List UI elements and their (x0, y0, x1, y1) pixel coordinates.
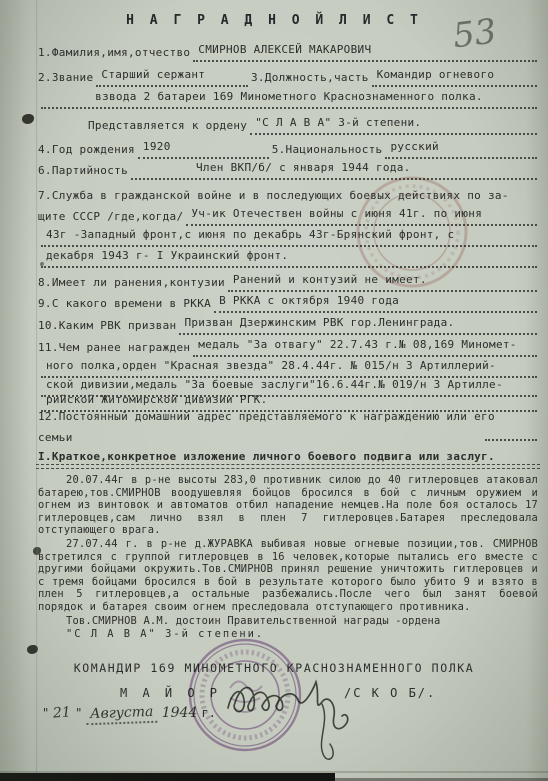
field-11-row1: 11.Чем ранее награжден медаль "За отвагу… (38, 341, 540, 357)
field-row-party: 6.Партийность Член ВКП/б/ с января 1944 … (38, 164, 540, 180)
field-10-value: Призван Дзержинским РВК гор.Ленинграда. (184, 316, 454, 330)
field-11-label: 11.Чем ранее награжден (38, 341, 190, 355)
citation-conclusion-line2: "С Л А В А" 3-й степени. (38, 628, 538, 641)
field-6-label: 6.Партийность (38, 164, 128, 178)
field-7-value-line2: 43г -Западный фронт,с июня по декабрь 43… (46, 228, 454, 242)
field-11-row2: ного полка,орден "Красная звезда" 28.4.4… (38, 362, 540, 378)
field-2-value: Старший сержант (101, 68, 205, 82)
citation-paragraph-1: 20.07.44г в р-не высоты 283,0 противник … (38, 474, 538, 537)
section-divider-rule (36, 464, 540, 469)
field-11-value-line2: ного полка,орден "Красная звезда" 28.4.4… (46, 359, 496, 373)
field-3-value-2: взвода 2 батареи 169 Минометного Красноз… (95, 90, 483, 104)
field-row-birth-nationality: 4.Год рождения 1920 5.Национальность рус… (38, 143, 540, 159)
field-12-dotted-end (485, 439, 537, 441)
citation-paragraph-2: 27.07.44 г. в р-не д.ЖУРАВКА выбивая нов… (38, 538, 538, 614)
field-5-dotted-line: русский (385, 143, 537, 159)
field-2-label: 2.Звание (38, 71, 93, 85)
field-7-value-line3: декабря 1943 г- I Украинский фронт. (46, 249, 288, 263)
field-7-dotted-line-3: декабря 1943 г- I Украинский фронт. (41, 252, 537, 268)
date-year-suffix: г. (201, 706, 215, 720)
presented-dotted-line: "С Л А В А" 3-й степени. (250, 119, 537, 135)
field-9-value: В РККА с октября 1940 года (219, 294, 399, 308)
citation-body: 20.07.44г в р-не высоты 283,0 противник … (38, 474, 538, 642)
field-5-value: русский (390, 140, 438, 154)
field-row-position-cont: взвода 2 батареи 169 Минометного Красноз… (38, 93, 540, 109)
field-1-dotted-line: СМИРНОВ АЛЕКСЕЙ МАКАРОВИЧ (193, 46, 537, 62)
field-3-label: 3.Должность,часть (251, 71, 369, 85)
field-3-dotted-line: Командир огневого (372, 71, 537, 87)
date-year: 1944 (162, 705, 198, 721)
field-7-dotted-line-2: 43г -Западный фронт,с июня по декабрь 43… (41, 231, 537, 247)
commander-title-line: КОМАНДИР 169 МИНОМЕТНОГО КРАСНОЗНАМЕННОГ… (0, 661, 548, 675)
field-row-rank-position: 2.Звание Старший сержант 3.Должность,час… (38, 71, 540, 87)
section-1-heading-row: I.Краткое,конкретное изложение личного б… (38, 450, 540, 464)
field-12-row1: 12.Постоянный домашний адрес представляе… (38, 410, 540, 424)
field-row-rvk: 10.Каким РВК призван Призван Дзержинским… (38, 319, 540, 335)
field-8-value: Ранений и контузий не имеет. (233, 273, 427, 287)
date-quote-close: " (75, 706, 82, 720)
field-10-label: 10.Каким РВК призван (38, 319, 176, 333)
field-5-label: 5.Национальность (272, 143, 383, 157)
field-10-dotted-line: Призван Дзержинским РВК гор.Ленинграда. (179, 319, 537, 335)
field-row-rkka: 9.С какого времени в РККА В РККА с октяб… (38, 297, 540, 313)
citation-conclusion-line1: Тов.СМИРНОВ А.М. достоин Правительственн… (38, 615, 538, 628)
field-11-value-line3: ской дивизии,медаль "За боевые заслуги"1… (46, 378, 503, 392)
field-7-label-line1: 7.Служба в гражданской войне и в последу… (38, 189, 509, 203)
field-7-dotted-line-1: Уч-ик Отечествен войны с июня 41г. по ию… (186, 210, 537, 226)
field-7-value-line1: Уч-ик Отечествен войны с июня 41г. по ию… (191, 207, 482, 221)
award-sheet-page: Н А Г Р А Д Н О Й Л И С Т 53 1.Фамилия,и… (0, 0, 548, 781)
field-row-presented: Представляется к ордену "С Л А В А" 3-й … (38, 119, 540, 135)
presented-label: Представляется к ордену (88, 119, 247, 133)
field-6-dotted-line: Член ВКП/б/ с января 1944 года. (131, 164, 537, 180)
field-8-dotted-line: Ранений и контузий не имеет. (228, 276, 537, 292)
field-7-row4: декабря 1943 г- I Украинский фронт. (38, 252, 540, 268)
rank-label: М А Й О Р (120, 686, 221, 700)
field-8-label: 8.Имеет ли ранения,контузии (38, 276, 225, 290)
field-2-dotted-line: Старший сержант (96, 71, 248, 87)
field-9-dotted-line: В РККА с октября 1940 года (214, 297, 537, 313)
field-7-label-line2: щите СССР /где,когда/ (38, 210, 183, 224)
commander-surname: /С К О Б/. (344, 686, 436, 700)
field-4-label: 4.Год рождения (38, 143, 135, 157)
presented-value: "С Л А В А" 3-й степени. (255, 116, 421, 130)
date-day-handwritten: 21 (53, 704, 72, 721)
field-12-label-line1: 12.Постоянный домашний адрес представляе… (38, 410, 495, 424)
field-9-label: 9.С какого времени в РККА (38, 297, 211, 311)
field-1-value: СМИРНОВ АЛЕКСЕЙ МАКАРОВИЧ (198, 43, 371, 57)
field-row-name: 1.Фамилия,имя,отчество СМИРНОВ АЛЕКСЕЙ М… (38, 46, 540, 62)
scan-background-corner (0, 773, 335, 781)
field-12-label-line2: семьи (38, 431, 73, 445)
ink-blot (22, 114, 34, 124)
field-7-row2: щите СССР /где,когда/ Уч-ик Отечествен в… (38, 210, 540, 226)
field-6-value: Член ВКП/б/ с января 1944 года. (136, 161, 411, 175)
field-11-value-line4: рийской Житомирской дивизии РГК. (46, 393, 268, 407)
field-1-label: 1.Фамилия,имя,отчество (38, 46, 190, 60)
field-3-value: Командир огневого (377, 68, 495, 82)
field-4-dotted-line: 1920 (138, 143, 269, 159)
field-7-label-line1-row: 7.Служба в гражданской войне и в последу… (38, 189, 540, 203)
ink-blot (27, 645, 38, 654)
date-quote-open: " (42, 706, 49, 720)
field-4-value: 1920 (143, 140, 171, 154)
date-line: " 21 " Августа 1944 г. (42, 705, 216, 724)
signature-scribble (222, 668, 402, 768)
field-row-wounds: 8.Имеет ли ранения,контузии Ранений и ко… (38, 276, 540, 292)
section-1-heading: I.Краткое,конкретное изложение личного б… (38, 450, 495, 464)
field-12-row2: семьи (38, 431, 540, 445)
field-11-value-line1: медаль "За отвагу" 22.7.43 г.№ 08,169 Ми… (198, 338, 516, 352)
field-11-dotted-line-2: ного полка,орден "Красная звезда" 28.4.4… (41, 362, 537, 378)
field-11-dotted-line-1: медаль "За отвагу" 22.7.43 г.№ 08,169 Ми… (193, 341, 537, 357)
field-7-row3: 43г -Западный фронт,с июня по декабрь 43… (38, 231, 540, 247)
field-3-dotted-line-2: взвода 2 батареи 169 Минометного Красноз… (41, 93, 537, 109)
date-month-handwritten: Августа (86, 704, 158, 725)
